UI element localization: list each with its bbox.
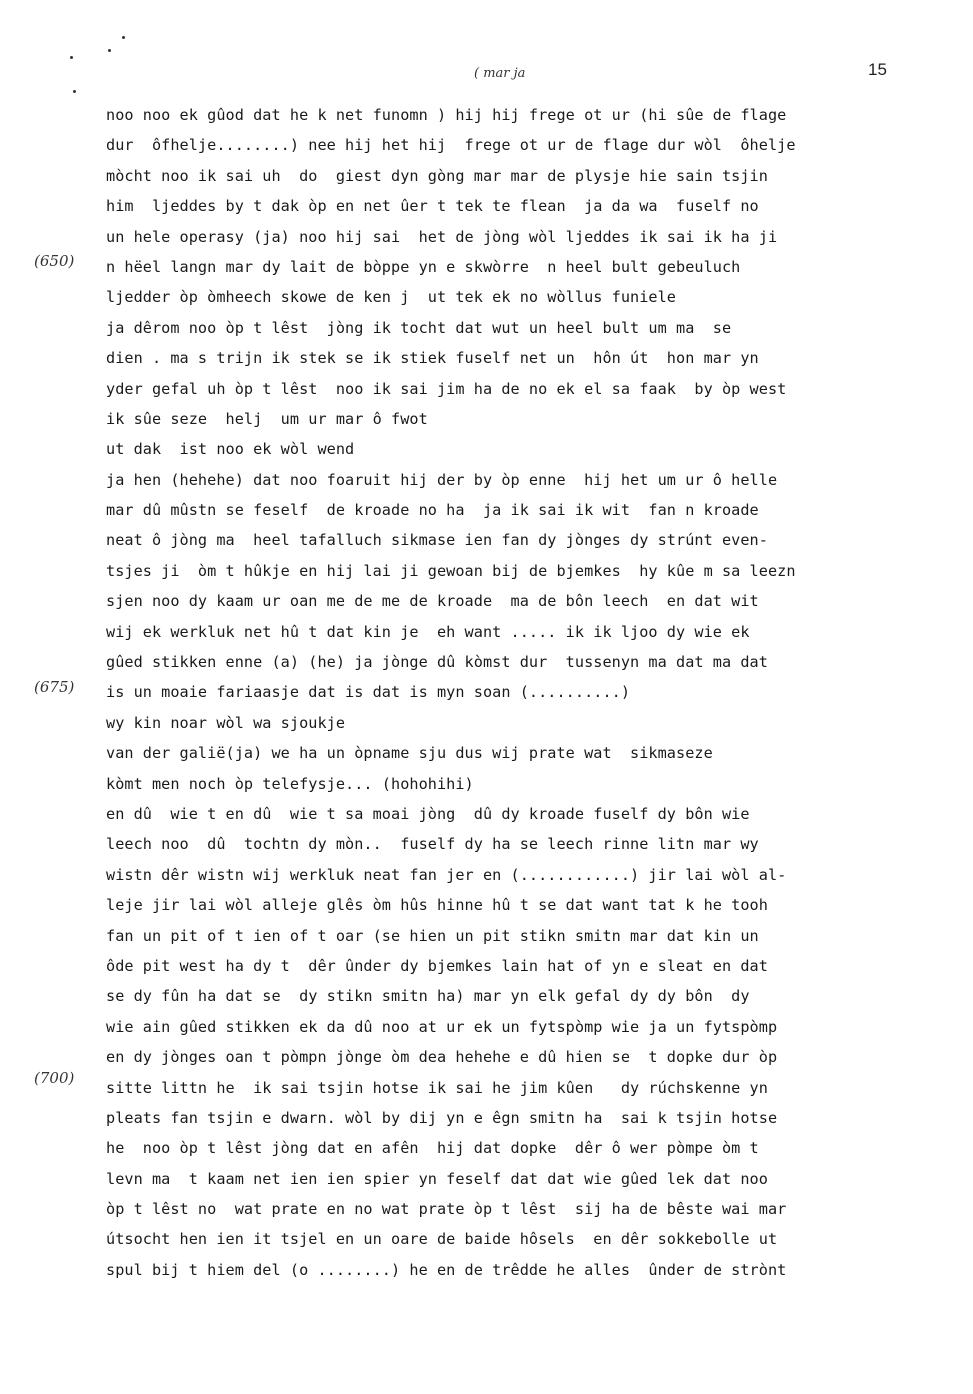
transcript-line: òp t lêst no wat prate en no wat prate ò… — [106, 1194, 906, 1224]
transcript-line: leech noo dû tochtn dy mòn.. fuself dy h… — [106, 829, 906, 859]
transcript-line: en dû wie t en dû wie t sa moai jòng dû … — [106, 799, 906, 829]
transcript-line: gûed stikken enne (a) (he) ja jònge dû k… — [106, 647, 906, 677]
transcript-line: ja dêrom noo òp t lêst jòng ik tocht dat… — [106, 313, 906, 343]
transcript-line: yder gefal uh òp t lêst noo ik sai jim h… — [106, 374, 906, 404]
transcript-line: pleats fan tsjin e dwarn. wòl by dij yn … — [106, 1103, 906, 1133]
transcript-line: him ljeddes by t dak òp en net ûer t tek… — [106, 191, 906, 221]
transcript-line: noo noo ek gûod dat he k net funomn ) hi… — [106, 100, 906, 130]
transcript-line: neat ô jòng ma heel tafalluch sikmase ie… — [106, 525, 906, 555]
transcript-line: útsocht hen ien it tsjel en un oare de b… — [106, 1224, 906, 1254]
transcript-line: leje jir lai wòl alleje glês òm hûs hinn… — [106, 890, 906, 920]
transcript-line: ja hen (hehehe) dat noo foaruit hij der … — [106, 465, 906, 495]
scan-speck — [73, 90, 76, 93]
transcript-line: wie ain gûed stikken ek da dû noo at ur … — [106, 1012, 906, 1042]
handwritten-annotation: ( mar ja — [474, 66, 525, 81]
transcript-line: sitte littn he ik sai tsjin hotse ik sai… — [106, 1073, 906, 1103]
transcript-line: ôde pit west ha dy t dêr ûnder dy bjemke… — [106, 951, 906, 981]
transcript-line: dien . ma s trijn ik stek se ik stiek fu… — [106, 343, 906, 373]
transcript-line: tsjes ji òm t hûkje en hij lai ji gewoan… — [106, 556, 906, 586]
scan-speck — [70, 56, 73, 59]
transcript-line: en dy jònges oan t pòmpn jònge òm dea he… — [106, 1042, 906, 1072]
transcript-body: noo noo ek gûod dat he k net funomn ) hi… — [106, 100, 906, 1285]
transcript-line: dur ôfhelje........) nee hij het hij fre… — [106, 130, 906, 160]
transcript-line: se dy fûn ha dat se dy stikn smitn ha) m… — [106, 981, 906, 1011]
transcript-line: spul bij t hiem del (o ........) he en d… — [106, 1255, 906, 1285]
transcript-line: mar dû mûstn se feself de kroade no ha j… — [106, 495, 906, 525]
transcript-line: n hëel langn mar dy lait de bòppe yn e s… — [106, 252, 906, 282]
margin-timestamp-650: (650) — [34, 252, 74, 270]
transcript-line: ljedder òp òmheech skowe de ken j ut tek… — [106, 282, 906, 312]
transcript-line: un hele operasy (ja) noo hij sai het de … — [106, 222, 906, 252]
transcript-line: van der galië(ja) we ha un òpname sju du… — [106, 738, 906, 768]
transcript-line: is un moaie fariaasje dat is dat is myn … — [106, 677, 906, 707]
transcript-line: sjen noo dy kaam ur oan me de me de kroa… — [106, 586, 906, 616]
transcript-line: wistn dêr wistn wij werkluk neat fan jer… — [106, 860, 906, 890]
transcript-line: wij ek werkluk net hû t dat kin je eh wa… — [106, 617, 906, 647]
page-number: 15 — [868, 60, 887, 80]
margin-timestamp-700: (700) — [34, 1069, 74, 1087]
scan-speck — [122, 36, 125, 39]
transcript-line: ik sûe seze helj um ur mar ô fwot — [106, 404, 906, 434]
document-page: 15 ( mar ja (650) (675) (700) noo noo ek… — [0, 0, 973, 1394]
transcript-line: levn ma t kaam net ien ien spier yn fese… — [106, 1164, 906, 1194]
margin-timestamp-675: (675) — [34, 678, 74, 696]
transcript-line: ut dak ist noo ek wòl wend — [106, 434, 906, 464]
transcript-line: wy kin noar wòl wa sjoukje — [106, 708, 906, 738]
transcript-line: mòcht noo ik sai uh do giest dyn gòng ma… — [106, 161, 906, 191]
transcript-line: kòmt men noch òp telefysje... (hohohihi) — [106, 769, 906, 799]
scan-speck — [108, 49, 111, 52]
transcript-line: fan un pit of t ien of t oar (se hien un… — [106, 921, 906, 951]
transcript-line: he noo òp t lêst jòng dat en afên hij da… — [106, 1133, 906, 1163]
